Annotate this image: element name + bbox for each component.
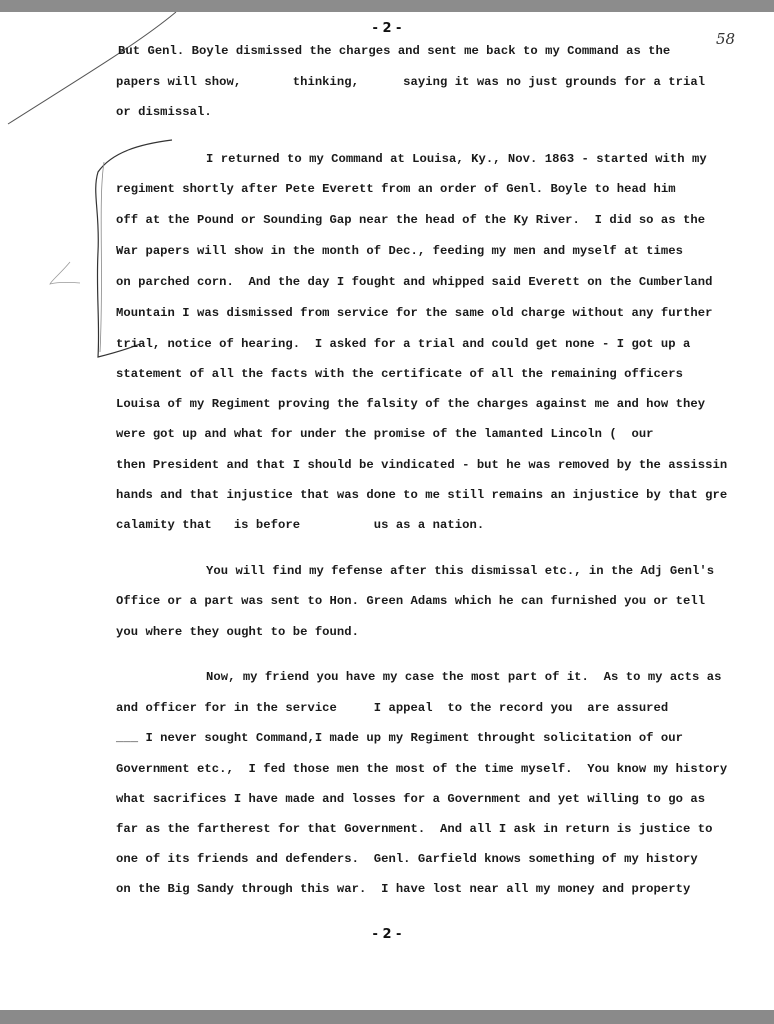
text-line: papers will show, thinking, saying it wa…: [116, 75, 705, 89]
text-line: hands and that injustice that was done t…: [116, 488, 727, 502]
text-line: ___ I never sought Command,I made up my …: [116, 731, 683, 745]
text-line: far as the fartherest for that Governmen…: [116, 822, 712, 836]
text-line: trial, notice of hearing. I asked for a …: [116, 337, 690, 351]
text-line: what sacrifices I have made and losses f…: [116, 792, 705, 806]
text-line: were got up and what for under the promi…: [116, 427, 654, 441]
text-line: or dismissal.: [116, 105, 212, 119]
text-line: You will find my fefense after this dism…: [206, 564, 714, 578]
text-line: calamity that is before us as a nation.: [116, 518, 484, 532]
text-line: Now, my friend you have my case the most…: [206, 670, 721, 684]
text-line: Louisa of my Regiment proving the falsit…: [116, 397, 705, 411]
text-line: Government etc., I fed those men the mos…: [116, 762, 727, 776]
text-line: on parched corn. And the day I fought an…: [116, 275, 712, 289]
footer-page-number: - 2 -: [0, 927, 774, 942]
handwritten-folio-number: 58: [716, 30, 735, 48]
text-line: statement of all the facts with the cert…: [116, 367, 683, 381]
text-line: you where they ought to be found.: [116, 625, 359, 639]
text-line: regiment shortly after Pete Everett from…: [116, 182, 676, 196]
scan-bottom-border: [0, 1010, 774, 1024]
text-line: I returned to my Command at Louisa, Ky.,…: [206, 152, 707, 166]
text-line: War papers will show in the month of Dec…: [116, 244, 683, 258]
text-line: Office or a part was sent to Hon. Green …: [116, 594, 705, 608]
text-line: then President and that I should be vind…: [116, 458, 727, 472]
document-page: - 2 - 58 But Genl. Boyle dismissed the c…: [0, 12, 774, 1010]
text-line: and officer for in the service I appeal …: [116, 701, 668, 715]
text-line: Mountain I was dismissed from service fo…: [116, 306, 712, 320]
text-line: one of its friends and defenders. Genl. …: [116, 852, 698, 866]
text-line: on the Big Sandy through this war. I hav…: [116, 882, 690, 896]
text-line: off at the Pound or Sounding Gap near th…: [116, 213, 705, 227]
scan-top-border: [0, 0, 774, 12]
text-line: But Genl. Boyle dismissed the charges an…: [118, 44, 670, 58]
header-page-number: - 2 -: [0, 21, 774, 36]
